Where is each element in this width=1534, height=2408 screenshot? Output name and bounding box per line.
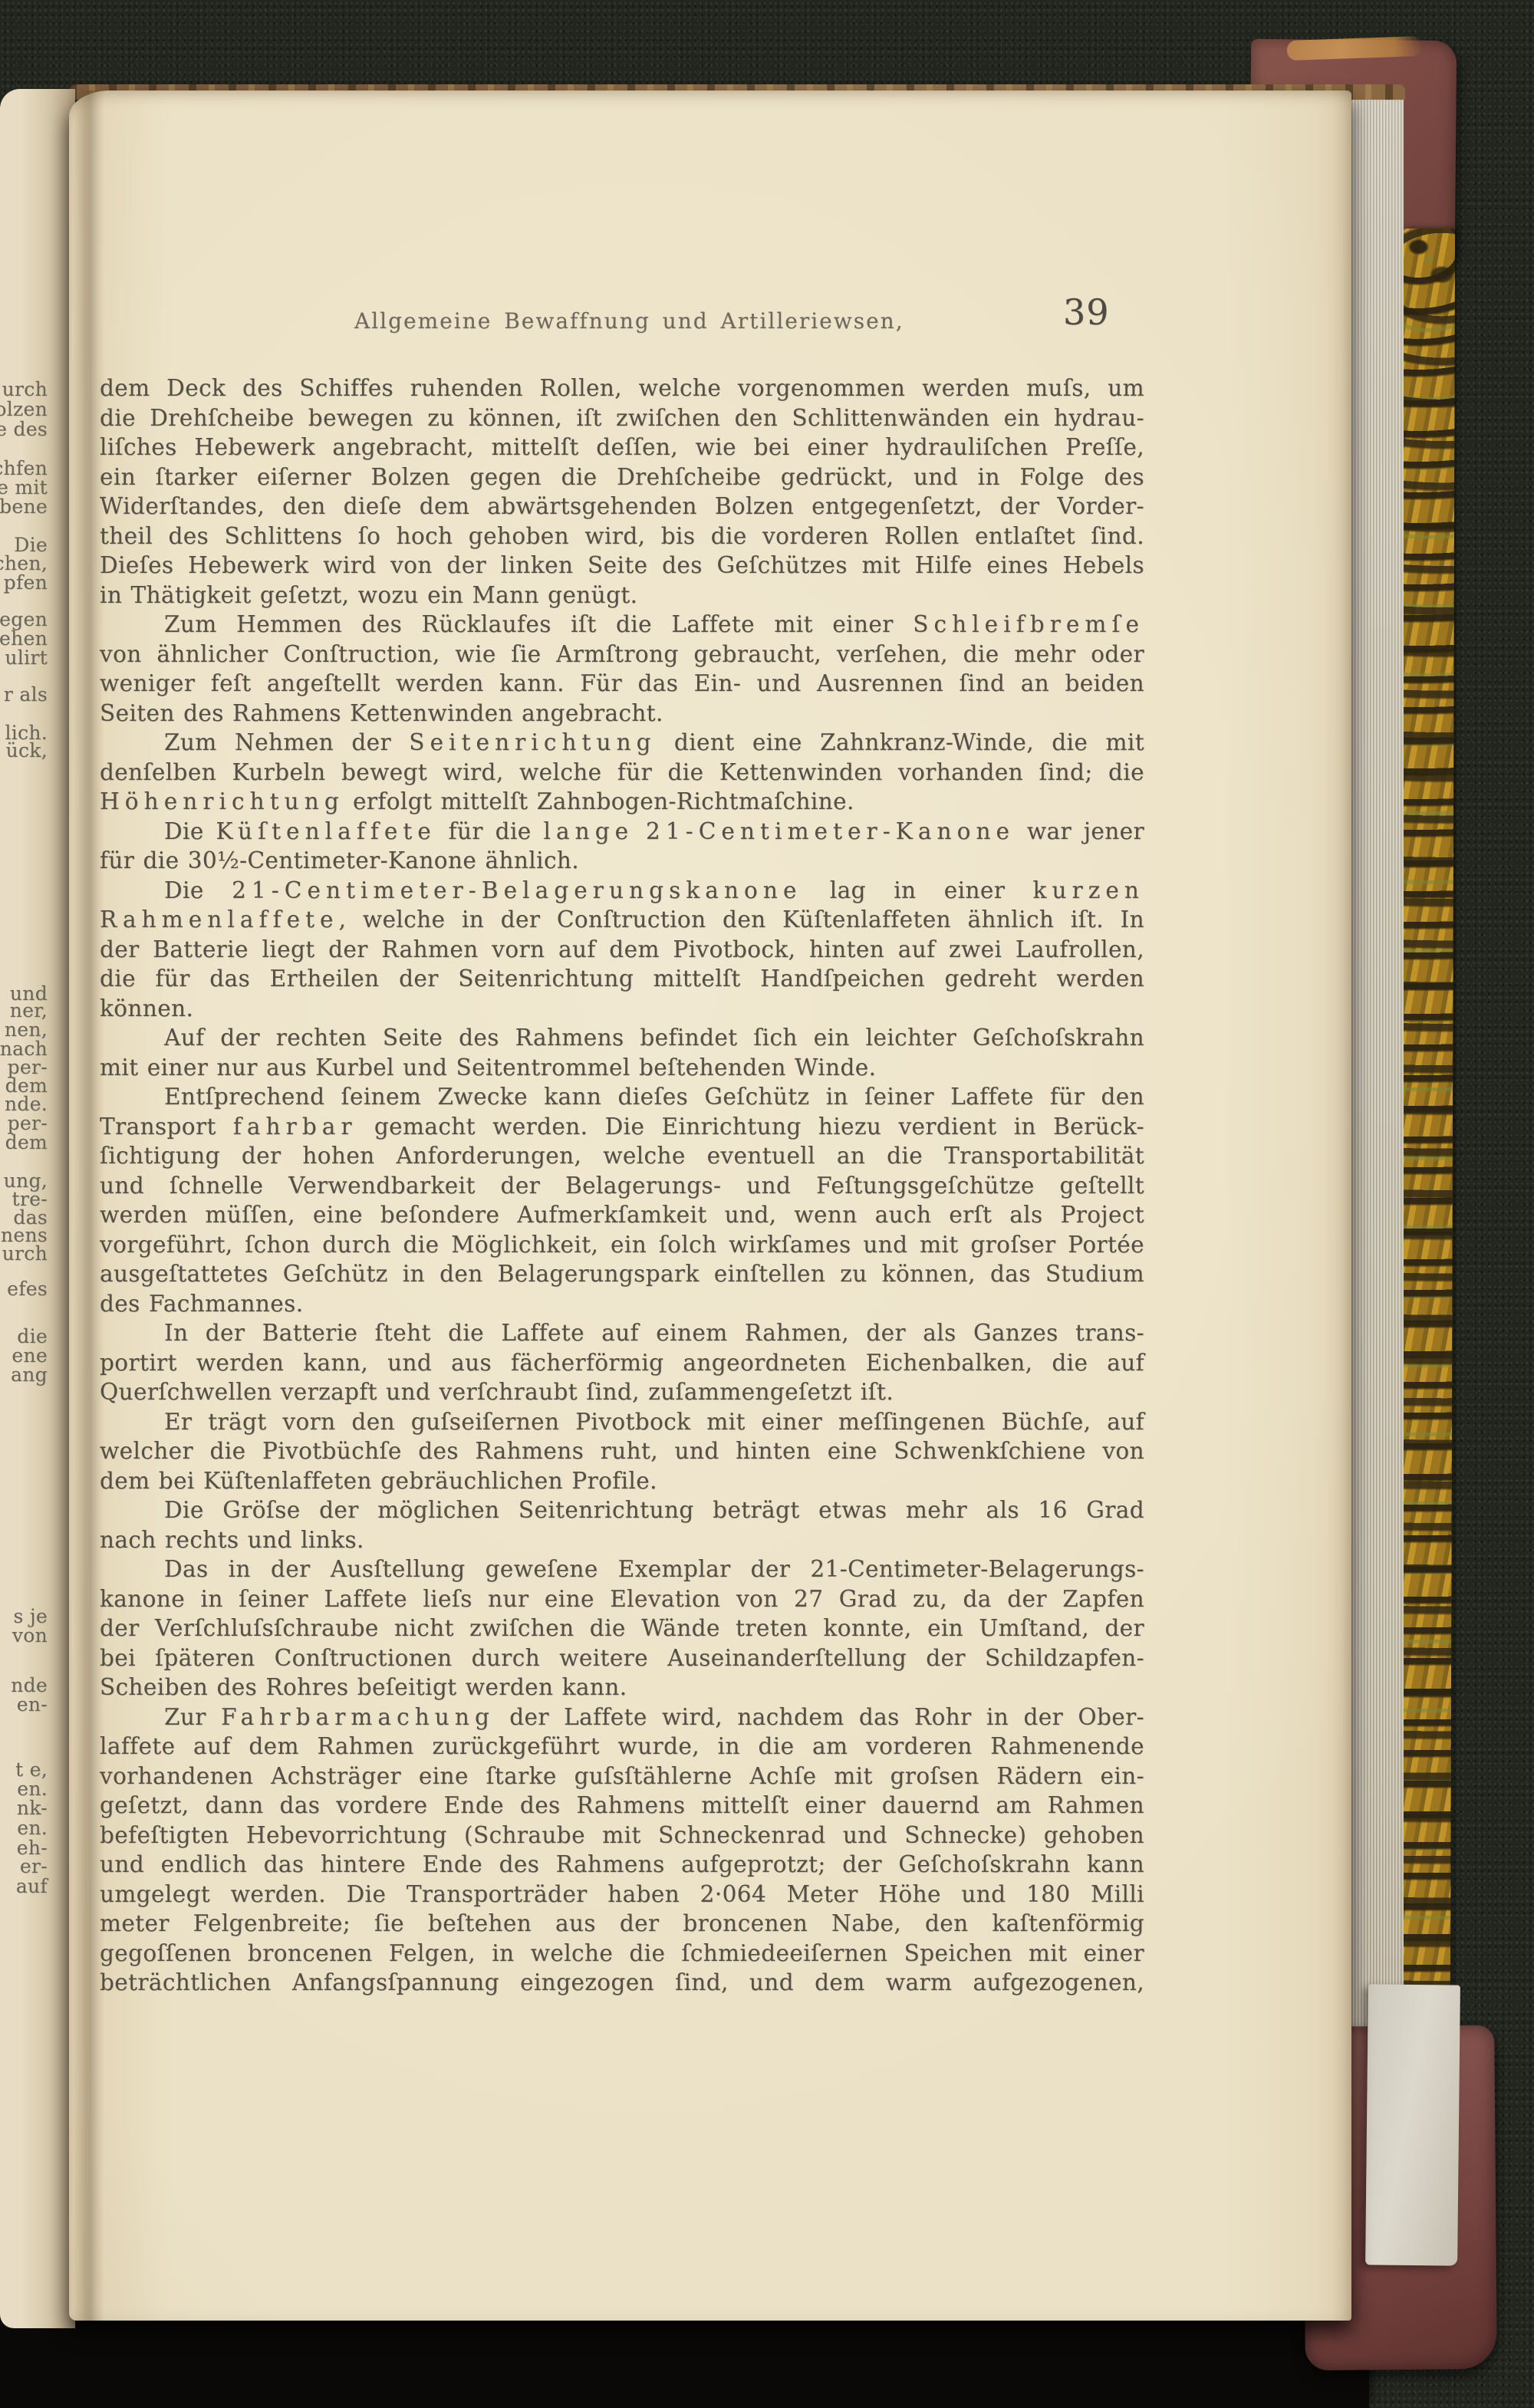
- text-line: theil des Schlittens ſo hoch gehoben wir…: [100, 521, 1144, 551]
- text-line: dem bei Küſtenlaffeten gebräuchlichen Pr…: [100, 1466, 1144, 1496]
- text-line: Zum Nehmen der Seitenrichtung dient eine…: [100, 728, 1144, 758]
- text-line: Auf der rechten Seite des Rahmens befind…: [100, 1023, 1144, 1053]
- text-line: nach rechts und links.: [100, 1525, 1144, 1555]
- text-line: denſelben Kurbeln bewegt wird, welche fü…: [100, 758, 1144, 788]
- letterspaced-text: 21-Centimeter-Kanone: [646, 818, 1015, 844]
- letterspaced-text: Höhenrichtung: [100, 788, 344, 814]
- text-line: Widerſtandes, den dieſe dem abwärtsgehen…: [100, 492, 1144, 521]
- paragraph: Zum Nehmen der Seitenrichtung dient eine…: [100, 728, 1144, 817]
- text-line: vorhandenen Achsträger eine ſtarke guſsſ…: [100, 1762, 1144, 1791]
- running-head: Allgemeine Bewaffnung und Artilleriewsen…: [354, 308, 904, 334]
- scan-background: Allgemeine Bewaffnung und Artilleriewsen…: [0, 0, 1534, 2408]
- facing-page-strip: [0, 89, 75, 2328]
- text-line: meter Felgenbreite; ſie beſtehen aus der…: [100, 1909, 1144, 1939]
- text-line: befeſtigten Hebevorrichtung (Schraube mi…: [100, 1821, 1144, 1850]
- text-line: Die Gröſse der möglichen Seitenrichtung …: [100, 1495, 1144, 1525]
- text-line: von ähnlicher Conſtruction, wie ſie Armſ…: [100, 640, 1144, 669]
- paragraph: In der Batterie ſteht die Laffete auf ei…: [100, 1318, 1144, 1407]
- text-line: portirt werden kann, und aus fächerförmi…: [100, 1348, 1144, 1378]
- text-line: des Fachmannes.: [100, 1289, 1144, 1319]
- text-line: werden müſſen, eine beſondere Aufmerkſam…: [100, 1200, 1144, 1230]
- text-line: laffete auf dem Rahmen zurückgeführt wur…: [100, 1732, 1144, 1762]
- text-line: Querſchwellen verzapft und verſchraubt ſ…: [100, 1377, 1144, 1407]
- text-line: Er trägt vorn den guſseiſernen Pivotbock…: [100, 1407, 1144, 1437]
- text-line: der Verſchluſsſchraube nicht zwiſchen di…: [100, 1614, 1144, 1643]
- text-line: und endlich das hintere Ende des Rahmens…: [100, 1850, 1144, 1880]
- text-line: geſetzt, dann das vordere Ende des Rahme…: [100, 1791, 1144, 1821]
- text-line: Zum Hemmen des Rücklaufes iſt die Laffet…: [100, 610, 1144, 640]
- text-line: und ſchnelle Verwendbarkeit der Belageru…: [100, 1171, 1144, 1201]
- text-line: dem Deck des Schiffes ruhenden Rollen, w…: [100, 373, 1144, 403]
- letterspaced-text: Küſtenlaffete: [216, 818, 436, 844]
- letterspaced-text: Schleifbremſe: [913, 611, 1144, 637]
- paragraph: Die 21-Centimeter-Belagerungskanone lag …: [100, 876, 1144, 1024]
- text-line: Höhenrichtung erfolgt mittelſt Zahnbogen…: [100, 787, 1144, 817]
- paragraph: Entſprechend ſeinem Zwecke kann dieſes G…: [100, 1082, 1144, 1318]
- text-line: Rahmenlaffete, welche in der Conſtructio…: [100, 905, 1144, 935]
- text-line: ſichtigung der hohen Anforderungen, welc…: [100, 1141, 1144, 1171]
- text-line: Entſprechend ſeinem Zwecke kann dieſes G…: [100, 1082, 1144, 1112]
- paragraph: Zum Hemmen des Rücklaufes iſt die Laffet…: [100, 610, 1144, 728]
- text-line: die für das Ertheilen der Seitenrichtung…: [100, 964, 1144, 994]
- paragraph: dem Deck des Schiffes ruhenden Rollen, w…: [100, 373, 1144, 610]
- paragraph: Das in der Ausſtellung geweſene Exemplar…: [100, 1554, 1144, 1702]
- text-line: gegoſſenen broncenen Felgen, in welche d…: [100, 1939, 1144, 1969]
- paragraph: Zur Fahrbarmachung der Laffete wird, nac…: [100, 1702, 1144, 1998]
- text-line: umgelegt werden. Die Transporträder habe…: [100, 1880, 1144, 1910]
- text-line: können.: [100, 994, 1144, 1024]
- letterspaced-text: lange: [543, 818, 634, 844]
- text-line: Das in der Ausſtellung geweſene Exemplar…: [100, 1554, 1144, 1584]
- text-line: Transport fahrbar gemacht werden. Die Ei…: [100, 1112, 1144, 1142]
- letterspaced-text: 21-Centimeter-Belagerungskanone: [232, 877, 802, 903]
- text-line: welcher die Pivotbüchſe des Rahmens ruht…: [100, 1436, 1144, 1466]
- text-line: ein ſtarker eiſerner Bolzen gegen die Dr…: [100, 462, 1144, 492]
- text-line: Die 21-Centimeter-Belagerungskanone lag …: [100, 876, 1144, 906]
- folded-endpaper: [1365, 1984, 1460, 2265]
- text-block: dem Deck des Schiffes ruhenden Rollen, w…: [100, 373, 1144, 1998]
- text-line: beträchtlichen Anfangsſpannung eingezoge…: [100, 1968, 1144, 1998]
- text-line: mit einer nur aus Kurbel und Seitentromm…: [100, 1053, 1144, 1083]
- book-page: Allgemeine Bewaffnung und Artilleriewsen…: [69, 90, 1351, 2321]
- text-line: In der Batterie ſteht die Laffete auf ei…: [100, 1318, 1144, 1348]
- letterspaced-text: Seitenrichtung: [409, 729, 656, 755]
- paragraph: Er trägt vorn den guſseiſernen Pivotbock…: [100, 1407, 1144, 1496]
- page-bottom-shadow: [0, 2318, 1369, 2408]
- text-line: Seiten des Rahmens Kettenwinden angebrac…: [100, 699, 1144, 729]
- text-line: die Drehſcheibe bewegen zu können, iſt z…: [100, 403, 1144, 433]
- letterspaced-text: kurzen: [1033, 877, 1144, 903]
- text-line: für die 30½-Centimeter-Kanone ähnlich.: [100, 846, 1144, 876]
- text-line: Die Küſtenlaffete für die lange 21-Centi…: [100, 817, 1144, 847]
- text-line: Zur Fahrbarmachung der Laffete wird, nac…: [100, 1702, 1144, 1732]
- letterspaced-text: fahrbar: [233, 1114, 357, 1140]
- marbled-cover-edge: [1398, 229, 1455, 2043]
- page-number: 39: [1063, 291, 1110, 333]
- paragraph: Die Küſtenlaffete für die lange 21-Centi…: [100, 817, 1144, 876]
- letterspaced-text: Rahmenlaffete: [100, 906, 339, 933]
- text-line: in Thätigkeit geſetzt, wozu ein Mann gen…: [100, 581, 1144, 610]
- paragraph: Die Gröſse der möglichen Seitenrichtung …: [100, 1495, 1144, 1554]
- text-line: der Batterie liegt der Rahmen vorn auf d…: [100, 935, 1144, 965]
- text-line: Dieſes Hebewerk wird von der linken Seit…: [100, 551, 1144, 581]
- text-line: kanone in ſeiner Laffete lieſs nur eine …: [100, 1584, 1144, 1614]
- letterspaced-text: Fahrbarmachung: [221, 1704, 495, 1730]
- text-line: ausgeſtattetes Geſchütz in den Belagerun…: [100, 1259, 1144, 1289]
- text-line: bei ſpäteren Conſtructionen durch weiter…: [100, 1643, 1144, 1673]
- text-line: liſches Hebewerk angebracht, mittelſt de…: [100, 433, 1144, 462]
- text-line: weniger feſt angeſtellt werden kann. Für…: [100, 669, 1144, 699]
- text-line: Scheiben des Rohres beſeitigt werden kan…: [100, 1673, 1144, 1702]
- paragraph: Auf der rechten Seite des Rahmens befind…: [100, 1023, 1144, 1082]
- text-line: vorgeführt, ſchon durch die Möglichkeit,…: [100, 1230, 1144, 1260]
